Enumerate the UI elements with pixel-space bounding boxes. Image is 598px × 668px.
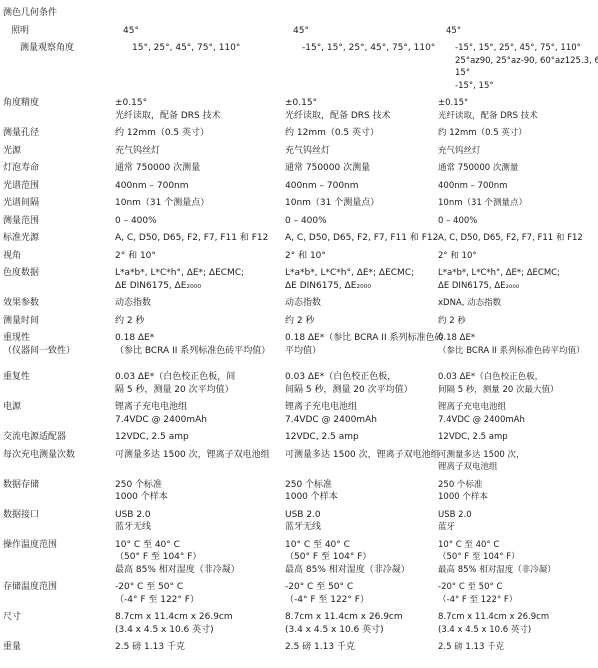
spec-value-col3: xDNA, 动态指数 xyxy=(438,297,596,310)
spec-value-line: 可测量多达 1500 次，锂离子双电池组 xyxy=(115,449,285,462)
spec-value-line: 约 12mm（0.5 英寸） xyxy=(438,127,596,140)
spec-value-col2: 12VDC, 2.5 amp xyxy=(285,431,438,444)
spec-value-col2: 0.03 ΔE*（白色校正色板，间隔 5 秒，测量 20 次平均值） xyxy=(285,371,438,396)
spec-value-col2: 锂离子充电电池组7.4VDC @ 2400mAh xyxy=(285,401,438,426)
spec-value-line: -15°, 15°, 25°, 45°, 75°, 110° xyxy=(455,42,598,55)
spec-value-col2: 充气钨丝灯 xyxy=(285,145,438,158)
spec-value-line: 2.5 磅 1.13 千克 xyxy=(115,641,285,654)
spec-value-col1: -20° C 至 50° C（-4° F 至 122° F） xyxy=(115,581,285,606)
row-label: 照明 xyxy=(3,25,123,38)
table-row: 视角2° 和 10°2° 和 10°2° 和 10° xyxy=(3,250,598,263)
spec-value-line: 通常 750000 次测量 xyxy=(115,162,285,175)
spec-value-line: 充气钨丝灯 xyxy=(115,145,285,158)
spec-value-line: 10° C 至 40° C xyxy=(438,539,596,552)
table-row: 存储温度范围-20° C 至 50° C（-4° F 至 122° F）-20°… xyxy=(3,581,598,606)
table-row: 光源充气钨丝灯充气钨丝灯充气钨丝灯 xyxy=(3,145,598,158)
row-label: 测量孔径 xyxy=(3,127,115,140)
row-label: 数据存储 xyxy=(3,479,115,492)
table-row: 电源锂离子充电电池组7.4VDC @ 2400mAh锂离子充电电池组7.4VDC… xyxy=(3,401,598,426)
spec-value-line: 约 2 秒 xyxy=(115,315,285,328)
spec-value-line: USB 2.0 xyxy=(285,509,438,522)
spec-value-col3: 0.03 ΔE*（白色校正色板，间隔 5 秒，测量 20 次最大值） xyxy=(438,371,596,396)
row-label: 重复性 xyxy=(3,371,115,384)
spec-value-line: 充气钨丝灯 xyxy=(438,145,596,158)
spec-value-col2: 8.7cm x 11.4cm x 26.9cm(3.4 x 4.5 x 10.6… xyxy=(285,611,438,636)
spec-value-line: 蓝牙无线 xyxy=(285,521,438,534)
spec-value-line: 45° xyxy=(293,25,446,38)
spec-value-line: 7.4VDC @ 2400mAh xyxy=(438,414,596,427)
row-label: 操作温度范围 xyxy=(3,539,115,552)
spec-value-col3: 10° C 至 40° C（50° F 至 104° F）最高 85% 相对湿度… xyxy=(438,539,596,577)
spec-value-line: 约 12mm（0.5 英寸） xyxy=(115,127,285,140)
spec-value-line: 12VDC, 2.5 amp xyxy=(115,431,285,444)
spec-value-col2: 通常 750000 次测量 xyxy=(285,162,438,175)
spec-value-line: USB 2.0 xyxy=(115,509,285,522)
table-row: 测量观察角度15°, 25°, 45°, 75°, 110°-15°, 15°,… xyxy=(3,42,598,92)
spec-value-line: 2° 和 10° xyxy=(438,250,596,263)
spec-table: 测色几何条件照明45°45°45°测量观察角度15°, 25°, 45°, 75… xyxy=(3,7,598,654)
spec-value-col1: 0.18 ΔE*（参比 BCRA II 系列标准色砖平均值） xyxy=(115,332,285,357)
spec-value-line: 充气钨丝灯 xyxy=(285,145,438,158)
spec-value-line: 平均值） xyxy=(285,345,438,358)
spec-value-col2: 0.18 ΔE*（参比 BCRA II 系列标准色砖平均值） xyxy=(285,332,438,357)
spec-value-line: xDNA, 动态指数 xyxy=(438,297,596,310)
spec-value-line: 1000 个样本 xyxy=(285,491,438,504)
spec-value-line: -20° C 至 50° C xyxy=(285,581,438,594)
row-label: 交流电源适配器 xyxy=(3,431,115,444)
spec-value-line: 动态指数 xyxy=(285,297,438,310)
spec-value-line: 250 个标准 xyxy=(115,479,285,492)
spec-value-col1: 锂离子充电电池组7.4VDC @ 2400mAh xyxy=(115,401,285,426)
spec-value-line: 2° 和 10° xyxy=(285,250,438,263)
table-row: 交流电源适配器12VDC, 2.5 amp12VDC, 2.5 amp12VDC… xyxy=(3,431,598,444)
spec-value-line: 可测量多达 1500 次， xyxy=(438,449,596,462)
spec-value-line: 动态指数 xyxy=(115,297,285,310)
spec-value-line: 8.7cm x 11.4cm x 26.9cm xyxy=(115,611,285,624)
spec-value-col2: 可测量多达 1500 次，锂离子双电池组 xyxy=(285,449,438,462)
spec-value-col1: 约 2 秒 xyxy=(115,315,285,328)
spec-value-col3: -15°, 15°, 25°, 45°, 75°, 110°25°az90, 2… xyxy=(455,42,598,92)
spec-value-line: 蓝牙无线 xyxy=(115,521,285,534)
row-label: 色度数据 xyxy=(3,267,115,280)
spec-value-col3: 8.7cm x 11.4cm x 26.9cm(3.4 x 4.5 x 10.6… xyxy=(438,611,596,636)
spec-value-line: 15° xyxy=(455,67,598,80)
spec-value-line: A, C, D50, D65, F2, F7, F11 和 F12 xyxy=(438,232,596,245)
spec-value-line: L*a*b*, L*C*h°, ΔE*; ΔECMC; xyxy=(115,267,285,280)
row-label: 数据接口 xyxy=(3,509,115,522)
row-label: 视角 xyxy=(3,250,115,263)
spec-value-col3: A, C, D50, D65, F2, F7, F11 和 F12 xyxy=(438,232,596,245)
spec-value-line: 通常 750000 次测量 xyxy=(438,162,596,175)
spec-value-col1: 0.03 ΔE*（白色校正色板，间隔 5 秒，测量 20 次平均值） xyxy=(115,371,285,396)
spec-value-line: 400nm – 700nm xyxy=(285,180,438,193)
table-row: 重现性（仪器间一致性）0.18 ΔE*（参比 BCRA II 系列标准色砖平均值… xyxy=(3,332,598,357)
spec-value-line: 通常 750000 次测量 xyxy=(285,162,438,175)
spec-value-line: -15°, 15° xyxy=(455,80,598,93)
spec-value-col1: 400nm – 700nm xyxy=(115,180,285,193)
spec-value-col3: 约 2 秒 xyxy=(438,315,596,328)
spec-value-col3: 250 个标准1000 个样本 xyxy=(438,479,596,504)
spec-value-col3: L*a*b*, L*C*h°, ΔE*; ΔECMC;ΔE DIN6175, Δ… xyxy=(438,267,596,292)
spec-value-col1: 0 – 400% xyxy=(115,215,285,228)
spec-value-col1: A, C, D50, D65, F2, F7, F11 和 F12 xyxy=(115,232,285,245)
row-label: 存储温度范围 xyxy=(3,581,115,594)
spec-value-line: （50° F 至 104° F） xyxy=(438,551,596,564)
spec-value-col2: 10° C 至 40° C（50° F 至 104° F）最高 85% 相对湿度… xyxy=(285,539,438,577)
spec-value-col2: -15°, 15°, 25°, 45°, 75°, 110° xyxy=(302,42,455,55)
spec-value-line: 45° xyxy=(446,25,598,38)
spec-value-col3: 充气钨丝灯 xyxy=(438,145,596,158)
spec-value-line: 7.4VDC @ 2400mAh xyxy=(115,414,285,427)
spec-value-line: （-4° F 至 122° F） xyxy=(285,594,438,607)
spec-value-line: 15°, 25°, 45°, 75°, 110° xyxy=(132,42,302,55)
spec-value-line: ΔE DIN6175, ΔE₂₀₀₀ xyxy=(285,280,438,293)
spec-value-col1: 2.5 磅 1.13 千克 xyxy=(115,641,285,654)
spec-value-line: 光纤读取，配备 DRS 技术 xyxy=(115,110,285,123)
spec-value-col2: USB 2.0蓝牙无线 xyxy=(285,509,438,534)
row-label: 每次充电测量次数 xyxy=(3,449,115,462)
spec-value-line: ΔE DIN6175, ΔE₂₀₀₀ xyxy=(115,280,285,293)
row-label: 尺寸 xyxy=(3,611,115,624)
spec-value-line: 10nm（31 个测量点） xyxy=(285,197,438,210)
row-label: 光谱范围 xyxy=(3,180,115,193)
spec-value-col2: 45° xyxy=(293,25,446,38)
spec-document: 测色几何条件照明45°45°45°测量观察角度15°, 25°, 45°, 75… xyxy=(0,0,598,668)
row-label: 测量观察角度 xyxy=(3,42,132,55)
spec-value-col1: 可测量多达 1500 次，锂离子双电池组 xyxy=(115,449,285,462)
spec-value-line: 蓝牙 xyxy=(438,521,596,534)
spec-value-col3: 锂离子充电电池组7.4VDC @ 2400mAh xyxy=(438,401,596,426)
spec-value-line: 10nm（31 个测量点） xyxy=(115,197,285,210)
spec-value-line: 约 2 秒 xyxy=(285,315,438,328)
spec-value-col2: 400nm – 700nm xyxy=(285,180,438,193)
row-label: 光谱间隔 xyxy=(3,197,115,210)
spec-value-line: USB 2.0 xyxy=(438,509,596,522)
spec-value-line: 间隔 5 秒，测量 20 次最大值） xyxy=(438,384,596,397)
table-row: 重复性0.03 ΔE*（白色校正色板，间隔 5 秒，测量 20 次平均值）0.0… xyxy=(3,371,598,396)
spec-value-col1: 充气钨丝灯 xyxy=(115,145,285,158)
table-row: 照明45°45°45° xyxy=(3,25,598,38)
spec-value-line: -15°, 15°, 25°, 45°, 75°, 110° xyxy=(302,42,455,55)
spec-value-col3: 12VDC, 2.5 amp xyxy=(438,431,596,444)
spec-value-col1: 约 12mm（0.5 英寸） xyxy=(115,127,285,140)
spec-value-line: 2° 和 10° xyxy=(115,250,285,263)
table-row: 测量范围0 – 400%0 – 400%0 – 400% xyxy=(3,215,598,228)
spec-value-line: （-4° F 至 122° F） xyxy=(438,594,596,607)
spec-value-col1: L*a*b*, L*C*h°, ΔE*; ΔECMC;ΔE DIN6175, Δ… xyxy=(115,267,285,292)
spec-value-line: -20° C 至 50° C xyxy=(115,581,285,594)
spec-value-col2: ±0.15°光纤读取，配备 DRS 技术 xyxy=(285,97,438,122)
spec-value-col3: 可测量多达 1500 次，锂离子双电池组 xyxy=(438,449,596,474)
spec-value-line: 250 个标准 xyxy=(285,479,438,492)
table-row: 效果参数动态指数动态指数xDNA, 动态指数 xyxy=(3,297,598,310)
spec-value-line: A, C, D50, D65, F2, F7, F11 和 F12 xyxy=(285,232,438,245)
spec-value-col1: 45° xyxy=(123,25,293,38)
spec-value-col1: 10nm（31 个测量点） xyxy=(115,197,285,210)
spec-value-col2: 约 12mm（0.5 英寸） xyxy=(285,127,438,140)
spec-value-line: 约 2 秒 xyxy=(438,315,596,328)
spec-value-line: 锂离子充电电池组 xyxy=(115,401,285,414)
spec-value-line: 10° C 至 40° C xyxy=(285,539,438,552)
spec-value-col3: 400nm – 700nm xyxy=(438,180,596,193)
spec-value-line: （参比 BCRA II 系列标准色砖平均值） xyxy=(438,345,596,358)
spec-value-col1: 通常 750000 次测量 xyxy=(115,162,285,175)
spec-value-line: 400nm – 700nm xyxy=(438,180,596,193)
spec-value-line: 最高 85% 相对湿度（非冷凝） xyxy=(438,564,596,577)
spec-value-line: 0 – 400% xyxy=(438,215,596,228)
table-row: 光谱范围400nm – 700nm400nm – 700nm400nm – 70… xyxy=(3,180,598,193)
table-row: 数据存储250 个标准1000 个样本250 个标准1000 个样本250 个标… xyxy=(3,479,598,504)
spec-value-col1: 8.7cm x 11.4cm x 26.9cm(3.4 x 4.5 x 10.6… xyxy=(115,611,285,636)
spec-value-line: （50° F 至 104° F） xyxy=(285,551,438,564)
spec-value-line: 0.03 ΔE*（白色校正色板， xyxy=(285,371,438,384)
spec-value-col3: 0.18 ΔE*（参比 BCRA II 系列标准色砖平均值） xyxy=(438,332,596,357)
spec-value-line: (3.4 x 4.5 x 10.6 英寸) xyxy=(438,624,596,637)
spec-value-col2: A, C, D50, D65, F2, F7, F11 和 F12 xyxy=(285,232,438,245)
spec-value-col3: 2° 和 10° xyxy=(438,250,596,263)
spec-value-line: ±0.15° xyxy=(115,97,285,110)
table-row: 灯泡寿命通常 750000 次测量通常 750000 次测量通常 750000 … xyxy=(3,162,598,175)
spec-value-col3: 10nm（31 个测量点） xyxy=(438,197,596,210)
spec-value-line: 0 – 400% xyxy=(115,215,285,228)
table-row: 色度数据L*a*b*, L*C*h°, ΔE*; ΔECMC;ΔE DIN617… xyxy=(3,267,598,292)
spec-value-line: 可测量多达 1500 次，锂离子双电池组 xyxy=(285,449,438,462)
spec-value-col3: ±0.15°光纤读取，配备 DRS 技术 xyxy=(438,97,596,122)
spec-value-col2: L*a*b*, L*C*h°, ΔE*; ΔECMC;ΔE DIN6175, Δ… xyxy=(285,267,438,292)
table-row: 操作温度范围10° C 至 40° C（50° F 至 104° F）最高 85… xyxy=(3,539,598,577)
spec-value-line: 光纤读取，配备 DRS 技术 xyxy=(285,110,438,123)
spec-value-line: 400nm – 700nm xyxy=(115,180,285,193)
row-label: 效果参数 xyxy=(3,297,115,310)
spec-value-line: 45° xyxy=(123,25,293,38)
spec-value-line: 1000 个样本 xyxy=(115,491,285,504)
table-row: 每次充电测量次数可测量多达 1500 次，锂离子双电池组可测量多达 1500 次… xyxy=(3,449,598,474)
spec-value-line: 25°az90, 25°az-90, 60°az125.3, 60°az-125… xyxy=(455,55,598,68)
spec-value-line: （50° F 至 104° F） xyxy=(115,551,285,564)
table-row: 重量2.5 磅 1.13 千克2.5 磅 1.13 千克2.5 磅 1.13 千… xyxy=(3,641,598,654)
spec-value-line: 锂离子充电电池组 xyxy=(438,401,596,414)
spec-value-line: 12VDC, 2.5 amp xyxy=(438,431,596,444)
spec-value-line: (3.4 x 4.5 x 10.6 英寸) xyxy=(285,624,438,637)
spec-value-col2: 2.5 磅 1.13 千克 xyxy=(285,641,438,654)
row-label: 重量 xyxy=(3,641,115,654)
spec-value-line: 250 个标准 xyxy=(438,479,596,492)
spec-value-col2: 约 2 秒 xyxy=(285,315,438,328)
spec-value-line: ±0.15° xyxy=(438,97,596,110)
row-label: 光源 xyxy=(3,145,115,158)
spec-value-line: 2.5 磅 1.13 千克 xyxy=(285,641,438,654)
spec-value-line: 12VDC, 2.5 amp xyxy=(285,431,438,444)
row-label: 测量范围 xyxy=(3,215,115,228)
spec-value-col3: 约 12mm（0.5 英寸） xyxy=(438,127,596,140)
spec-value-col1: 动态指数 xyxy=(115,297,285,310)
spec-value-line: L*a*b*, L*C*h°, ΔE*; ΔECMC; xyxy=(438,267,596,280)
spec-value-line: （-4° F 至 122° F） xyxy=(115,594,285,607)
row-label: 灯泡寿命 xyxy=(3,162,115,175)
spec-value-col2: -20° C 至 50° C（-4° F 至 122° F） xyxy=(285,581,438,606)
spec-value-line: 间隔 5 秒，测量 20 次平均值） xyxy=(285,384,438,397)
spec-value-line: 0.18 ΔE* xyxy=(438,332,596,345)
spec-value-line: 0.18 ΔE* xyxy=(115,332,285,345)
spec-value-col2: 10nm（31 个测量点） xyxy=(285,197,438,210)
spec-value-col3: 0 – 400% xyxy=(438,215,596,228)
spec-value-col1: 250 个标准1000 个样本 xyxy=(115,479,285,504)
spec-value-col1: 15°, 25°, 45°, 75°, 110° xyxy=(132,42,302,55)
spec-value-line: 8.7cm x 11.4cm x 26.9cm xyxy=(438,611,596,624)
row-label: 重现性（仪器间一致性） xyxy=(3,332,115,357)
spec-value-col1: USB 2.0蓝牙无线 xyxy=(115,509,285,534)
row-label: 电源 xyxy=(3,401,115,414)
row-label: 标准光源 xyxy=(3,232,115,245)
table-row: 测量孔径约 12mm（0.5 英寸）约 12mm（0.5 英寸）约 12mm（0… xyxy=(3,127,598,140)
spec-value-col3: 通常 750000 次测量 xyxy=(438,162,596,175)
spec-value-line: 2.5 磅 1.13 千克 xyxy=(438,641,596,654)
row-label: 测色几何条件 xyxy=(3,7,115,20)
spec-value-line: 隔 5 秒，测量 20 次平均值） xyxy=(115,384,285,397)
spec-value-line: A, C, D50, D65, F2, F7, F11 和 F12 xyxy=(115,232,285,245)
spec-value-col1: 2° 和 10° xyxy=(115,250,285,263)
spec-value-col2: 动态指数 xyxy=(285,297,438,310)
spec-value-col3: -20° C 至 50° C（-4° F 至 122° F） xyxy=(438,581,596,606)
spec-value-line: 最高 85% 相对湿度（非冷凝） xyxy=(115,564,285,577)
table-row: 数据接口USB 2.0蓝牙无线USB 2.0蓝牙无线USB 2.0蓝牙 xyxy=(3,509,598,534)
spec-value-col2: 2° 和 10° xyxy=(285,250,438,263)
table-row: 测色几何条件 xyxy=(3,7,598,20)
spec-value-line: ±0.15° xyxy=(285,97,438,110)
spec-value-line: (3.4 x 4.5 x 10.6 英寸) xyxy=(115,624,285,637)
spec-value-line: 锂离子充电电池组 xyxy=(285,401,438,414)
spec-value-line: （参比 BCRA II 系列标准色砖平均值） xyxy=(115,345,285,358)
spec-value-line: L*a*b*, L*C*h°, ΔE*; ΔECMC; xyxy=(285,267,438,280)
spec-value-col2: 250 个标准1000 个样本 xyxy=(285,479,438,504)
spec-value-line: 10° C 至 40° C xyxy=(115,539,285,552)
spec-value-col2: 0 – 400% xyxy=(285,215,438,228)
table-row: 尺寸8.7cm x 11.4cm x 26.9cm(3.4 x 4.5 x 10… xyxy=(3,611,598,636)
spec-value-line: 7.4VDC @ 2400mAh xyxy=(285,414,438,427)
row-sublabel: （仪器间一致性） xyxy=(3,345,115,358)
spec-value-col3: USB 2.0蓝牙 xyxy=(438,509,596,534)
spec-value-line: ΔE DIN6175, ΔE₂₀₀₀ xyxy=(438,280,596,293)
spec-value-line: 8.7cm x 11.4cm x 26.9cm xyxy=(285,611,438,624)
row-label: 测量时间 xyxy=(3,315,115,328)
spec-value-col1: ±0.15°光纤读取，配备 DRS 技术 xyxy=(115,97,285,122)
spec-value-line: 10nm（31 个测量点） xyxy=(438,197,596,210)
spec-value-line: 0.03 ΔE*（白色校正色板， xyxy=(438,371,596,384)
spec-value-line: 锂离子双电池组 xyxy=(438,461,596,474)
spec-value-col1: 10° C 至 40° C（50° F 至 104° F）最高 85% 相对湿度… xyxy=(115,539,285,577)
spec-value-line: -20° C 至 50° C xyxy=(438,581,596,594)
spec-value-line: 光纤读取，配备 DRS 技术 xyxy=(438,110,596,123)
spec-value-col3: 45° xyxy=(446,25,598,38)
table-row: 角度精度±0.15°光纤读取，配备 DRS 技术±0.15°光纤读取，配备 DR… xyxy=(3,97,598,122)
spec-value-line: 0 – 400% xyxy=(285,215,438,228)
spec-value-col1: 12VDC, 2.5 amp xyxy=(115,431,285,444)
spec-value-col3: 2.5 磅 1.13 千克 xyxy=(438,641,596,654)
spec-value-line: 最高 85% 相对湿度（非冷凝） xyxy=(285,564,438,577)
spec-value-line: 1000 个样本 xyxy=(438,491,596,504)
spec-value-line: 0.03 ΔE*（白色校正色板，间 xyxy=(115,371,285,384)
row-label: 角度精度 xyxy=(3,97,115,110)
table-row: 标准光源A, C, D50, D65, F2, F7, F11 和 F12A, … xyxy=(3,232,598,245)
spec-value-line: 0.18 ΔE*（参比 BCRA II 系列标准色砖 xyxy=(285,332,438,345)
table-row: 测量时间约 2 秒约 2 秒约 2 秒 xyxy=(3,315,598,328)
table-row: 光谱间隔10nm（31 个测量点）10nm（31 个测量点）10nm（31 个测… xyxy=(3,197,598,210)
spec-value-line: 约 12mm（0.5 英寸） xyxy=(285,127,438,140)
